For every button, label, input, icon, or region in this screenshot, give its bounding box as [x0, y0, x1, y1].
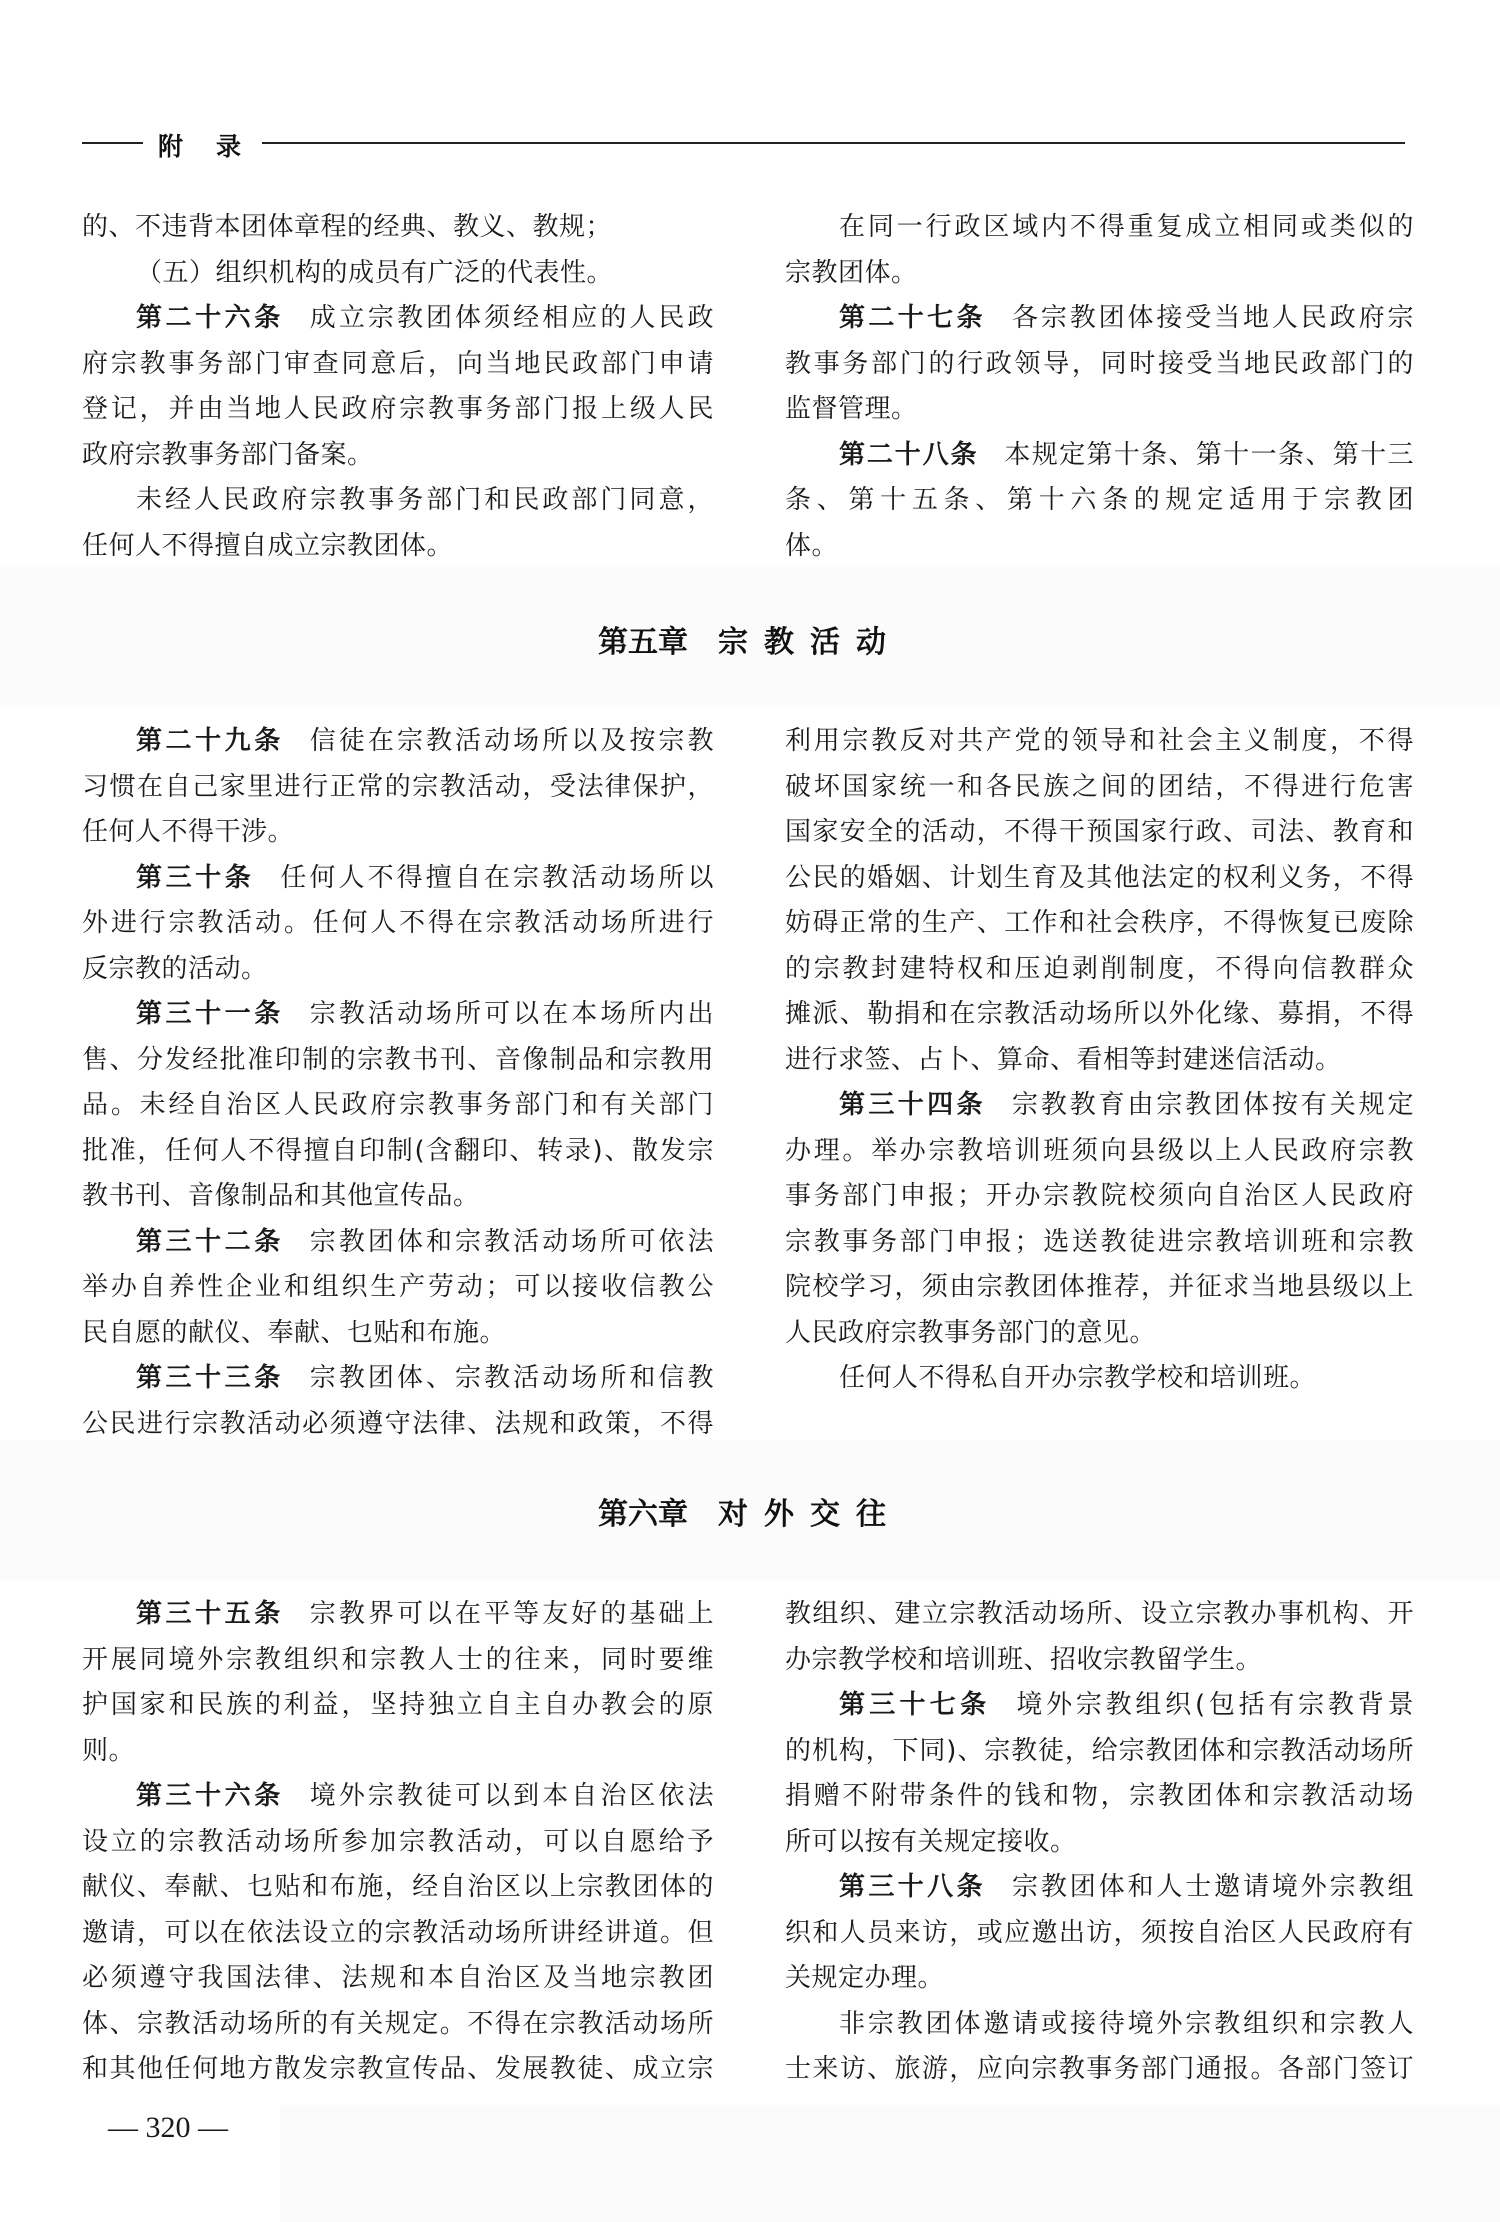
text-line: 院校学习，须由宗教团体推荐，并征求当地县级以上: [785, 1265, 1414, 1311]
line-text: 宗教团体、宗教活动场所和信教: [310, 1363, 714, 1393]
line-text: 在同一行政区域内不得重复成立相同或类似的: [839, 212, 1414, 242]
line-text: 反宗教的活动。: [82, 954, 268, 984]
article-line: 第二十七条各宗教团体接受当地人民政府宗: [785, 296, 1414, 342]
text-line: 公民进行宗教活动必须遵守法律、法规和政策，不得: [82, 1402, 714, 1448]
text-line: 利用宗教反对共产党的领导和社会主义制度，不得: [785, 719, 1414, 765]
line-text: 外进行宗教活动。任何人不得在宗教活动场所进行: [82, 908, 714, 938]
line-text: 任何人不得私自开办宗教学校和培训班。: [839, 1363, 1316, 1393]
line-text: 必须遵守我国法律、法规和本自治区及当地宗教团: [82, 1963, 714, 1993]
chapter-5-heading: 第五章宗教活动: [0, 623, 1500, 663]
text-line: 妨碍正常的生产、工作和社会秩序，不得恢复已废除: [785, 901, 1414, 947]
text-line: 和其他任何地方散发宗教宣传品、发展教徒、成立宗: [82, 2047, 714, 2093]
line-text: 办宗教学校和培训班、招收宗教留学生。: [785, 1645, 1262, 1675]
line-text: 体、宗教活动场所的有关规定。不得在宗教活动场所: [82, 2009, 714, 2039]
line-text: 宗教团体。: [785, 258, 918, 288]
line-text: 教事务部门的行政领导，同时接受当地民政部门的: [785, 349, 1414, 379]
line-text: 人民政府宗教事务部门的意见。: [785, 1318, 1156, 1348]
text-line: 破坏国家统一和各民族之间的团结，不得进行危害: [785, 765, 1414, 811]
text-line: 批准，任何人不得擅自印制(含翻印、转录)、散发宗: [82, 1129, 714, 1175]
line-text: 批准，任何人不得擅自印制(含翻印、转录)、散发宗: [82, 1136, 714, 1166]
line-text: 监督管理。: [785, 394, 918, 424]
article-number: 第三十四条: [839, 1090, 986, 1120]
text-line: 摊派、勒捐和在宗教活动场所以外化缘、募捐，不得: [785, 992, 1414, 1038]
article-number: 第三十条: [136, 863, 254, 893]
text-line: 条、第十五条、第十六条的规定适用于宗教团: [785, 478, 1414, 524]
text-line: 公民的婚姻、计划生育及其他法定的权利义务，不得: [785, 856, 1414, 902]
article-line: 第二十八条本规定第十条、第十一条、第十三: [785, 433, 1414, 479]
text-line: 所可以按有关规定接收。: [785, 1820, 1414, 1866]
article-line: 第三十一条宗教活动场所可以在本场所内出: [82, 992, 714, 1038]
line-text: 事务部门申报；开办宗教院校须向自治区人民政府: [785, 1181, 1414, 1211]
text-line: 监督管理。: [785, 387, 1414, 433]
text-line: 教事务部门的行政领导，同时接受当地民政部门的: [785, 342, 1414, 388]
text-line: 举办自养性企业和组织生产劳动；可以接收信教公: [82, 1265, 714, 1311]
article-line: 第三十二条宗教团体和宗教活动场所可依法: [82, 1220, 714, 1266]
text-line: 事务部门申报；开办宗教院校须向自治区人民政府: [785, 1174, 1414, 1220]
text-line: 办理。举办宗教培训班须向县级以上人民政府宗教: [785, 1129, 1414, 1175]
top-left-column: 的、不违背本团体章程的经典、教义、教规；（五）组织机构的成员有广泛的代表性。第二…: [82, 205, 714, 569]
line-text: 献仪、奉献、乜贴和布施，经自治区以上宗教团体的: [82, 1872, 714, 1902]
text-line: 人民政府宗教事务部门的意见。: [785, 1311, 1414, 1357]
top-right-column: 在同一行政区域内不得重复成立相同或类似的宗教团体。第二十七条各宗教团体接受当地人…: [785, 205, 1414, 569]
text-line: 邀请，可以在依法设立的宗教活动场所讲经讲道。但: [82, 1911, 714, 1957]
article-line: 第三十四条宗教教育由宗教团体按有关规定: [785, 1083, 1414, 1129]
line-text: 非宗教团体邀请或接待境外宗教组织和宗教人: [839, 2009, 1414, 2039]
line-text: 则。: [82, 1736, 135, 1766]
text-line: 的宗教封建特权和压迫剥削制度，不得向信教群众: [785, 947, 1414, 993]
line-text: 宗教事务部门申报；选送教徒进宗教培训班和宗教: [785, 1227, 1414, 1257]
line-text: 教组织、建立宗教活动场所、设立宗教办事机构、开: [785, 1599, 1414, 1629]
text-line: 政府宗教事务部门备案。: [82, 433, 714, 479]
line-text: 政府宗教事务部门备案。: [82, 440, 374, 470]
line-text: 成立宗教团体须经相应的人民政: [310, 303, 714, 333]
line-text: 宗教活动场所可以在本场所内出: [310, 999, 714, 1029]
chapter-title: 对外交往: [718, 1497, 902, 1532]
line-text: 售、分发经批准印制的宗教书刊、音像制品和宗教用: [82, 1045, 714, 1075]
text-line: 关规定办理。: [785, 1956, 1414, 2002]
text-line: 国家安全的活动，不得干预国家行政、司法、教育和: [785, 810, 1414, 856]
line-text: 各宗教团体接受当地人民政府宗: [1012, 303, 1414, 333]
line-text: 信徒在宗教活动场所以及按宗教: [310, 726, 714, 756]
header-long-rule: [262, 142, 1405, 144]
text-line: 献仪、奉献、乜贴和布施，经自治区以上宗教团体的: [82, 1865, 714, 1911]
article-line: 第三十七条境外宗教组织(包括有宗教背景: [785, 1683, 1414, 1729]
line-text: 府宗教事务部门审查同意后，向当地民政部门申请: [82, 349, 714, 379]
line-text: 登记，并由当地人民政府宗教事务部门报上级人民: [82, 394, 714, 424]
chapter-6-heading: 第六章对外交往: [0, 1495, 1500, 1535]
line-text: 本规定第十条、第十一条、第十三: [1004, 440, 1414, 470]
text-line: （五）组织机构的成员有广泛的代表性。: [82, 251, 714, 297]
text-line: 的机构，下同)、宗教徒，给宗教团体和宗教活动场所: [785, 1729, 1414, 1775]
line-text: 宗教教育由宗教团体按有关规定: [1012, 1090, 1414, 1120]
article-line: 第三十五条宗教界可以在平等友好的基础上: [82, 1592, 714, 1638]
text-line: 民自愿的献仪、奉献、乜贴和布施。: [82, 1311, 714, 1357]
line-text: 体。: [785, 531, 838, 561]
line-text: 习惯在自己家里进行正常的宗教活动，受法律保护，: [82, 772, 714, 802]
text-line: 必须遵守我国法律、法规和本自治区及当地宗教团: [82, 1956, 714, 2002]
article-number: 第三十二条: [136, 1227, 284, 1257]
line-text: 捐赠不附带条件的钱和物，宗教团体和宗教活动场: [785, 1781, 1414, 1811]
text-line: 外进行宗教活动。任何人不得在宗教活动场所进行: [82, 901, 714, 947]
line-text: 和其他任何地方散发宗教宣传品、发展教徒、成立宗: [82, 2054, 714, 2084]
line-text: 妨碍正常的生产、工作和社会秩序，不得恢复已废除: [785, 908, 1414, 938]
article-number: 第三十一条: [136, 999, 284, 1029]
line-text: 境外宗教组织(包括有宗教背景: [1016, 1690, 1414, 1720]
line-text: （五）组织机构的成员有广泛的代表性。: [136, 258, 613, 288]
line-text: 条、第十五条、第十六条的规定适用于宗教团: [785, 485, 1414, 515]
chapter-6-right-column: 教组织、建立宗教活动场所、设立宗教办事机构、开办宗教学校和培训班、招收宗教留学生…: [785, 1592, 1414, 2093]
line-text: 开展同境外宗教组织和宗教人士的往来，同时要维: [82, 1645, 714, 1675]
text-line: 织和人员来访，或应邀出访，须按自治区人民政府有: [785, 1911, 1414, 1957]
line-text: 宗教团体和人士邀请境外宗教组: [1012, 1872, 1414, 1902]
chapter-5-left-column: 第二十九条信徒在宗教活动场所以及按宗教习惯在自己家里进行正常的宗教活动，受法律保…: [82, 719, 714, 1447]
line-text: 的宗教封建特权和压迫剥削制度，不得向信教群众: [785, 954, 1414, 984]
line-text: 国家安全的活动，不得干预国家行政、司法、教育和: [785, 817, 1414, 847]
chapter-number: 第五章: [598, 625, 688, 660]
article-line: 第二十六条成立宗教团体须经相应的人民政: [82, 296, 714, 342]
text-line: 进行求签、占卜、算命、看相等封建迷信活动。: [785, 1038, 1414, 1084]
line-text: 士来访、旅游，应向宗教事务部门通报。各部门签订: [785, 2054, 1414, 2084]
chapter-number: 第六章: [598, 1497, 688, 1532]
text-line: 护国家和民族的利益，坚持独立自主自办教会的原: [82, 1683, 714, 1729]
text-line: 任何人不得干涉。: [82, 810, 714, 856]
article-number: 第二十九条: [136, 726, 284, 756]
text-line: 体。: [785, 524, 1414, 570]
text-line: 则。: [82, 1729, 714, 1775]
text-line: 未经人民政府宗教事务部门和民政部门同意，: [82, 478, 714, 524]
line-text: 公民进行宗教活动必须遵守法律、法规和政策，不得: [82, 1409, 714, 1439]
line-text: 举办自养性企业和组织生产劳动；可以接收信教公: [82, 1272, 714, 1302]
line-text: 设立的宗教活动场所参加宗教活动，可以自愿给予: [82, 1827, 714, 1857]
article-line: 第二十九条信徒在宗教活动场所以及按宗教: [82, 719, 714, 765]
line-text: 宗教界可以在平等友好的基础上: [310, 1599, 714, 1629]
line-text: 品。未经自治区人民政府宗教事务部门和有关部门: [82, 1090, 714, 1120]
text-line: 办宗教学校和培训班、招收宗教留学生。: [785, 1638, 1414, 1684]
scan-background-band: [280, 2105, 1500, 2222]
text-line: 体、宗教活动场所的有关规定。不得在宗教活动场所: [82, 2002, 714, 2048]
article-number: 第三十八条: [839, 1872, 986, 1902]
text-line: 的、不违背本团体章程的经典、教义、教规；: [82, 205, 714, 251]
text-line: 习惯在自己家里进行正常的宗教活动，受法律保护，: [82, 765, 714, 811]
line-text: 邀请，可以在依法设立的宗教活动场所讲经讲道。但: [82, 1918, 714, 1948]
text-line: 宗教事务部门申报；选送教徒进宗教培训班和宗教: [785, 1220, 1414, 1266]
text-line: 士来访、旅游，应向宗教事务部门通报。各部门签订: [785, 2047, 1414, 2093]
line-text: 摊派、勒捐和在宗教活动场所以外化缘、募捐，不得: [785, 999, 1414, 1029]
line-text: 任何人不得干涉。: [82, 817, 294, 847]
article-line: 第三十三条宗教团体、宗教活动场所和信教: [82, 1356, 714, 1402]
text-line: 宗教团体。: [785, 251, 1414, 297]
page-number: — 320 —: [108, 2108, 228, 2148]
text-line: 在同一行政区域内不得重复成立相同或类似的: [785, 205, 1414, 251]
text-line: 开展同境外宗教组织和宗教人士的往来，同时要维: [82, 1638, 714, 1684]
line-text: 任何人不得擅自成立宗教团体。: [82, 531, 453, 561]
article-number: 第三十三条: [136, 1363, 284, 1393]
text-line: 反宗教的活动。: [82, 947, 714, 993]
line-text: 民自愿的献仪、奉献、乜贴和布施。: [82, 1318, 506, 1348]
line-text: 利用宗教反对共产党的领导和社会主义制度，不得: [785, 726, 1414, 756]
article-number: 第二十七条: [839, 303, 986, 333]
chapter-5-right-column: 利用宗教反对共产党的领导和社会主义制度，不得破坏国家统一和各民族之间的团结，不得…: [785, 719, 1414, 1402]
line-text: 未经人民政府宗教事务部门和民政部门同意，: [136, 485, 714, 515]
line-text: 宗教团体和宗教活动场所可依法: [310, 1227, 714, 1257]
text-line: 非宗教团体邀请或接待境外宗教组织和宗教人: [785, 2002, 1414, 2048]
text-line: 品。未经自治区人民政府宗教事务部门和有关部门: [82, 1083, 714, 1129]
article-number: 第三十五条: [136, 1599, 284, 1629]
line-text: 境外宗教徒可以到本自治区依法: [310, 1781, 714, 1811]
text-line: 府宗教事务部门审查同意后，向当地民政部门申请: [82, 342, 714, 388]
line-text: 教书刊、音像制品和其他宣传品。: [82, 1181, 480, 1211]
article-line: 第三十六条境外宗教徒可以到本自治区依法: [82, 1774, 714, 1820]
line-text: 护国家和民族的利益，坚持独立自主自办教会的原: [82, 1690, 714, 1720]
text-line: 设立的宗教活动场所参加宗教活动，可以自愿给予: [82, 1820, 714, 1866]
running-title: 附录: [158, 131, 274, 163]
line-text: 公民的婚姻、计划生育及其他法定的权利义务，不得: [785, 863, 1414, 893]
article-number: 第三十七条: [839, 1690, 990, 1720]
article-line: 第三十八条宗教团体和人士邀请境外宗教组: [785, 1865, 1414, 1911]
line-text: 办理。举办宗教培训班须向县级以上人民政府宗教: [785, 1136, 1414, 1166]
chapter-6-left-column: 第三十五条宗教界可以在平等友好的基础上开展同境外宗教组织和宗教人士的往来，同时要…: [82, 1592, 714, 2093]
header-short-rule: [82, 142, 143, 144]
article-number: 第二十六条: [136, 303, 284, 333]
line-text: 织和人员来访，或应邀出访，须按自治区人民政府有: [785, 1918, 1414, 1948]
line-text: 进行求签、占卜、算命、看相等封建迷信活动。: [785, 1045, 1342, 1075]
line-text: 的、不违背本团体章程的经典、教义、教规；: [82, 212, 612, 242]
article-number: 第二十八条: [839, 440, 978, 470]
text-line: 捐赠不附带条件的钱和物，宗教团体和宗教活动场: [785, 1774, 1414, 1820]
line-text: 的机构，下同)、宗教徒，给宗教团体和宗教活动场所: [785, 1736, 1414, 1766]
article-number: 第三十六条: [136, 1781, 284, 1811]
line-text: 破坏国家统一和各民族之间的团结，不得进行危害: [785, 772, 1414, 802]
chapter-title: 宗教活动: [718, 625, 902, 660]
text-line: 任何人不得私自开办宗教学校和培训班。: [785, 1356, 1414, 1402]
text-line: 售、分发经批准印制的宗教书刊、音像制品和宗教用: [82, 1038, 714, 1084]
line-text: 院校学习，须由宗教团体推荐，并征求当地县级以上: [785, 1272, 1414, 1302]
line-text: 关规定办理。: [785, 1963, 944, 1993]
text-line: 教组织、建立宗教活动场所、设立宗教办事机构、开: [785, 1592, 1414, 1638]
text-line: 任何人不得擅自成立宗教团体。: [82, 524, 714, 570]
line-text: 任何人不得擅自在宗教活动场所以: [280, 863, 714, 893]
line-text: 所可以按有关规定接收。: [785, 1827, 1077, 1857]
article-line: 第三十条任何人不得擅自在宗教活动场所以: [82, 856, 714, 902]
text-line: 登记，并由当地人民政府宗教事务部门报上级人民: [82, 387, 714, 433]
text-line: 教书刊、音像制品和其他宣传品。: [82, 1174, 714, 1220]
